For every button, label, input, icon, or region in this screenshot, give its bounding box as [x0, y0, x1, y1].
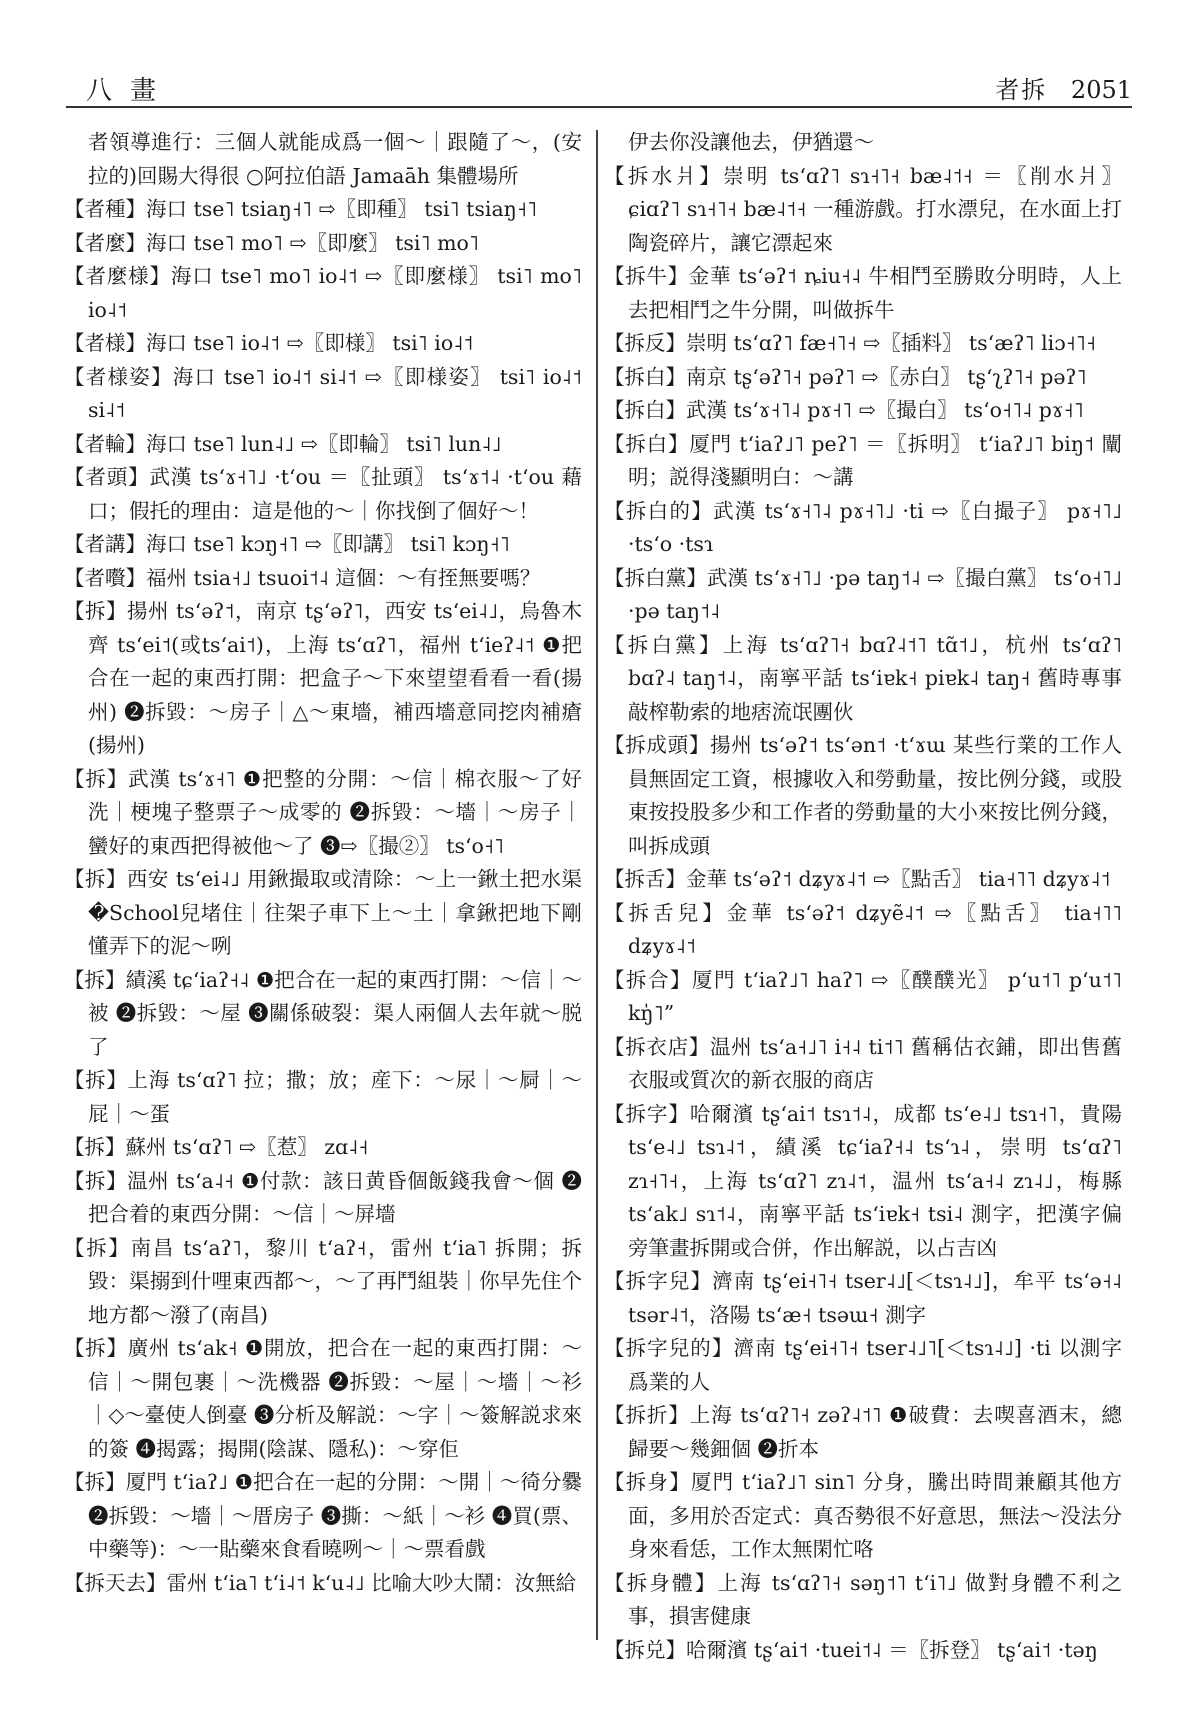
- entry-body: 哈爾濱 tʂʻai˦ ·tuei˦˨ ＝〖拆登〗 tʂʻai˦ ·təŋ: [686, 1638, 1098, 1662]
- dictionary-entry: 【拆衣店】温州 tsʻa˧˩˥ i˧˨ ti˦˥ 舊稱估衣鋪，即出售舊衣服或質次…: [604, 1031, 1122, 1098]
- entry-body: 廣州 tsʻak˧ ❶開放，把合在一起的東西打開：～信｜～開包裹｜～洗機器 ❷拆…: [88, 1336, 582, 1461]
- dictionary-entry: 【拆字兒】濟南 tʂʻei˧˥˧ tser˨˩[＜tsɿ˨˩]，牟平 tsʻə˧…: [604, 1265, 1122, 1332]
- entry-headword: 【拆白】: [604, 365, 686, 389]
- dictionary-entry: 【者頭】武漢 tsʻɤ˧˥˩ ·tʻou ＝〖扯頭〗 tsʻɤ˦˨ ·tʻou …: [64, 461, 582, 528]
- dictionary-entry: 【拆白黨】武漢 tsʻɤ˧˥˩ ·pə taŋ˦˨ ⇨〖撮白黨〗 tsʻo˧˥˩…: [604, 562, 1122, 629]
- headword-range: 者拆: [995, 76, 1047, 104]
- continuation-text: 者領導進行：三個人就能成爲一個～｜跟隨了～，(安拉的)回賜大得很 ○阿拉伯語 J…: [64, 126, 582, 193]
- dictionary-entry: 【拆舌兒】金華 tsʻəʔ˦ dʑyẽ˨˦ ⇨〖點舌〗 tia˧˥˥ dʑyɤ˨…: [604, 897, 1122, 964]
- dictionary-entry: 【拆身】厦門 tʻiaʔ˩˥ sin˥ 分身，騰出時間兼顧其他方面，多用於否定式…: [604, 1466, 1122, 1567]
- entry-headword: 【拆成頭】: [604, 733, 710, 757]
- entry-body: 績溪 tɕʻiaʔ˧˨ ❶把合在一起的東西打開：～信｜～被 ❷拆毀：～屋 ❸關係…: [88, 968, 582, 1059]
- dictionary-entry: 【者様】海口 tse˥ io˨˦ ⇨〖即様〗 tsi˥ io˨˦: [64, 327, 582, 361]
- entry-body: 福州 tsia˧˩ tsuoi˦˨ 這個：～有挃無要嗎？: [146, 566, 540, 590]
- entry-body: 海口 tse˥ lun˨˩ ⇨〖即輪〗 tsi˥ lun˨˩: [146, 432, 502, 456]
- entry-body: 崇明 tsʻɑʔ˥ fæ˧˥˧ ⇨〖插料〗 tsʻæʔ˥ liɔ˧˥˧: [686, 331, 1096, 355]
- dictionary-entry: 【拆】蘇州 tsʻɑʔ˥ ⇨〖惹〗 zɑ˨˧: [64, 1131, 582, 1165]
- entry-headword: 【拆】: [64, 1135, 126, 1159]
- dictionary-entry: 【拆白】武漢 tsʻɤ˧˥˨ pɤ˧˥ ⇨〖撮白〗 tsʻo˧˥˨ pɤ˧˥: [604, 394, 1122, 428]
- dictionary-entry: 【拆成頭】揚州 tsʻəʔ˦ tsʻən˦ ·tʻɤɯ 某些行業的工作人員無固定…: [604, 729, 1122, 863]
- entry-headword: 【拆】: [64, 767, 128, 791]
- entry-body: 雷州 tʻia˥ tʻi˨˦ kʻu˨˩ 比喻大吵大鬧：汝無給: [167, 1571, 577, 1595]
- entry-headword: 【者種】: [64, 197, 146, 221]
- dictionary-entry: 【拆字兒的】濟南 tʂʻei˧˥˧ tser˨˩˥[＜tsɿ˨˩] ·ti 以測…: [604, 1332, 1122, 1399]
- dictionary-entry: 【者輪】海口 tse˥ lun˨˩ ⇨〖即輪〗 tsi˥ lun˨˩: [64, 428, 582, 462]
- dictionary-entry: 【拆】南昌 tsʻaʔ˥，黎川 tʻaʔ˧，雷州 tʻia˥ 拆開；拆毀：渠搦到…: [64, 1232, 582, 1333]
- dictionary-entry: 【拆白的】武漢 tsʻɤ˧˥˨ pɤ˧˥˩ ·ti ⇨〖白撮子〗 pɤ˧˥˩ ·…: [604, 495, 1122, 562]
- dictionary-entry: 【拆身體】上海 tsʻɑʔ˥˧ səŋ˦˥ tʻi˥˩ 做對身體不利之事，損害健…: [604, 1567, 1122, 1634]
- entry-headword: 【拆】: [64, 1470, 126, 1494]
- entry-body: 上海 tsʻɑʔ˥˧ zəʔ˨˦˥ ❶破費：去喫喜酒末，總歸要～幾鈿個 ❷折本: [628, 1403, 1122, 1461]
- dictionary-entry: 【拆反】崇明 tsʻɑʔ˥ fæ˧˥˧ ⇨〖插料〗 tsʻæʔ˥ liɔ˧˥˧: [604, 327, 1122, 361]
- entry-headword: 【者嚽】: [64, 566, 146, 590]
- entry-headword: 【拆白】: [604, 432, 689, 456]
- entry-headword: 【拆身】: [604, 1470, 691, 1494]
- left-column: 者領導進行：三個人就能成爲一個～｜跟隨了～，(安拉的)回賜大得很 ○阿拉伯語 J…: [64, 126, 582, 1600]
- entry-headword: 【拆白】: [604, 398, 686, 422]
- entry-headword: 【拆】: [64, 599, 127, 623]
- running-head: 者拆 2051: [995, 70, 1132, 105]
- entry-headword: 【者輪】: [64, 432, 146, 456]
- entry-body: 武漢 tsʻɤ˧˥˨ pɤ˧˥ ⇨〖撮白〗 tsʻo˧˥˨ pɤ˧˥: [686, 398, 1084, 422]
- entry-headword: 【拆舌】: [604, 867, 686, 891]
- dictionary-entry: 【拆】温州 tsʻa˨˧ ❶付款：該日黄昏個飯錢我會～個 ❷把合着的東西分開：～…: [64, 1165, 582, 1232]
- entry-body: 南昌 tsʻaʔ˥，黎川 tʻaʔ˧，雷州 tʻia˥ 拆開；拆毀：渠搦到什哩東…: [88, 1236, 582, 1327]
- entry-headword: 【者様姿】: [64, 365, 173, 389]
- entry-body: 南京 tʂʻəʔ˥˧ pəʔ˥ ⇨〖赤白〗 tʂʻʅʔ˥˧ pəʔ˥: [686, 365, 1087, 389]
- entry-headword: 【拆水爿】: [604, 164, 723, 188]
- dictionary-entry: 【拆】廣州 tsʻak˧ ❶開放，把合在一起的東西打開：～信｜～開包裹｜～洗機器…: [64, 1332, 582, 1466]
- entry-headword: 【拆合】: [604, 968, 692, 992]
- dictionary-entry: 【拆白黨】上海 tsʻɑʔ˥˧ bɑʔ˨˦˥ tɑ̃˦˩，杭州 tsʻɑʔ˥ b…: [604, 629, 1122, 730]
- entry-body: 厦門 tʻiaʔ˩ ❶把合在一起的分開：～開｜～徛分爨 ❷拆毀：～墻｜～厝房子 …: [88, 1470, 582, 1561]
- entry-headword: 【拆折】: [604, 1403, 690, 1427]
- entry-body: 揚州 tsʻəʔ˦，南京 tʂʻəʔ˥，西安 tsʻei˨˩，烏魯木齊 tsʻe…: [88, 599, 582, 757]
- dictionary-entry: 【拆舌】金華 tsʻəʔ˦ dʑyɤ˨˦ ⇨〖點舌〗 tia˧˥˥ dʑyɤ˨˦: [604, 863, 1122, 897]
- section-title: 八畫: [86, 70, 174, 107]
- entry-body: 武漢 tsʻɤ˧˥ ❶把整的分開：～信｜棉衣服～了好洗｜梗塊子整票子～成零的 ❷…: [88, 767, 582, 858]
- entry-headword: 【拆反】: [604, 331, 686, 355]
- entry-headword: 【拆】: [64, 1169, 127, 1193]
- entry-body: 哈爾濱 tʂʻai˦ tsɿ˦˨，成都 tsʻe˨˩ tsɿ˧˥，貴陽 tsʻe…: [628, 1102, 1122, 1260]
- dictionary-entry: 【拆】績溪 tɕʻiaʔ˧˨ ❶把合在一起的東西打開：～信｜～被 ❷拆毀：～屋 …: [64, 964, 582, 1065]
- entry-body: 厦門 tʻiaʔ˩˥ haʔ˥ ⇨〖醭醭光〗 pʻu˦˥ pʻu˦˥ kŋ̍˥”: [628, 968, 1122, 1026]
- entry-headword: 【拆天去】: [64, 1571, 167, 1595]
- dictionary-entry: 【者麼】海口 tse˥ mo˥ ⇨〖即麼〗 tsi˥ mo˥: [64, 227, 582, 261]
- dictionary-entry: 【者嚽】福州 tsia˧˩ tsuoi˦˨ 這個：～有挃無要嗎？: [64, 562, 582, 596]
- page-header: 八畫 者拆 2051: [66, 66, 1132, 106]
- entry-body: 海口 tse˥ kɔŋ˧˥ ⇨〖即講〗 tsi˥ kɔŋ˧˥: [146, 532, 510, 556]
- dictionary-entry: 【拆】西安 tsʻei˨˩ 用鍬撮取或清除：～上一鍬土把水渠�School兒堵住…: [64, 863, 582, 964]
- entry-headword: 【拆】: [64, 968, 126, 992]
- entry-headword: 【拆】: [64, 1068, 128, 1092]
- dictionary-entry: 【拆天去】雷州 tʻia˥ tʻi˨˦ kʻu˨˩ 比喻大吵大鬧：汝無給: [64, 1567, 582, 1601]
- entry-headword: 【拆字兒的】: [604, 1336, 733, 1360]
- entry-headword: 【者様】: [64, 331, 146, 355]
- entry-headword: 【拆白黨】: [604, 566, 707, 590]
- dictionary-entry: 【拆字】哈爾濱 tʂʻai˦ tsɿ˦˨，成都 tsʻe˨˩ tsɿ˧˥，貴陽 …: [604, 1098, 1122, 1266]
- entry-body: 蘇州 tsʻɑʔ˥ ⇨〖惹〗 zɑ˨˧: [126, 1135, 369, 1159]
- entry-body: 海口 tse˥ mo˥ ⇨〖即麼〗 tsi˥ mo˥: [146, 231, 479, 255]
- page-number: 2051: [1071, 76, 1132, 104]
- entry-headword: 【拆牛】: [604, 264, 689, 288]
- dictionary-entry: 【拆】厦門 tʻiaʔ˩ ❶把合在一起的分開：～開｜～徛分爨 ❷拆毀：～墻｜～厝…: [64, 1466, 582, 1567]
- entry-headword: 【拆】: [64, 1236, 131, 1260]
- dictionary-entry: 【拆白】南京 tʂʻəʔ˥˧ pəʔ˥ ⇨〖赤白〗 tʂʻʅʔ˥˧ pəʔ˥: [604, 361, 1122, 395]
- right-column: 伊去你没讓他去，伊猶還～ 【拆水爿】崇明 tsʻɑʔ˥ sɿ˧˥˧ bæ˨˦˧ …: [604, 126, 1122, 1667]
- header-rule: [66, 106, 1132, 108]
- entry-headword: 【拆字兒】: [604, 1269, 712, 1293]
- entry-headword: 【拆】: [64, 1336, 128, 1360]
- entry-body: 厦門 tʻiaʔ˩˥ peʔ˥ ＝〖拆明〗 tʻiaʔ˩˥ biŋ˦ 闡明；説得…: [628, 432, 1122, 490]
- entry-headword: 【拆衣店】: [604, 1035, 710, 1059]
- entry-headword: 【者麼様】: [64, 264, 171, 288]
- continuation-text: 伊去你没讓他去，伊猶還～: [604, 126, 1122, 160]
- column-divider: [596, 130, 598, 1640]
- entry-body: 武漢 tsʻɤ˧˥˩ ·tʻou ＝〖扯頭〗 tsʻɤ˦˨ ·tʻou 藉口；假…: [88, 465, 582, 523]
- entry-headword: 【拆字】: [604, 1102, 690, 1126]
- entry-body: 海口 tse˥ io˨˦ ⇨〖即様〗 tsi˥ io˨˦: [146, 331, 473, 355]
- dictionary-entry: 【者様姿】海口 tse˥ io˨˦ si˨˦ ⇨〖即様姿〗 tsi˥ io˨˦ …: [64, 361, 582, 428]
- entry-body: 温州 tsʻa˨˧ ❶付款：該日黄昏個飯錢我會～個 ❷把合着的東西分開：～信｜～…: [88, 1169, 582, 1227]
- entry-body: 海口 tse˥ tsiaŋ˧˥ ⇨〖即種〗 tsi˥ tsiaŋ˧˥: [146, 197, 537, 221]
- dictionary-entry: 【拆折】上海 tsʻɑʔ˥˧ zəʔ˨˦˥ ❶破費：去喫喜酒末，總歸要～幾鈿個 …: [604, 1399, 1122, 1466]
- entry-headword: 【拆】: [64, 867, 127, 891]
- dictionary-entry: 【拆】上海 tsʻɑʔ˥ 拉；撒；放；産下：～尿｜～屙｜～屁｜～蛋: [64, 1064, 582, 1131]
- dictionary-entry: 【者講】海口 tse˥ kɔŋ˧˥ ⇨〖即講〗 tsi˥ kɔŋ˧˥: [64, 528, 582, 562]
- entry-body: 西安 tsʻei˨˩ 用鍬撮取或清除：～上一鍬土把水渠�School兒堵住｜往架…: [88, 867, 582, 958]
- dictionary-entry: 【拆水爿】崇明 tsʻɑʔ˥ sɿ˧˥˧ bæ˨˦˧ ＝〖削水爿〗 ɕiɑʔ˥ …: [604, 160, 1122, 261]
- dictionary-entry: 【拆白】厦門 tʻiaʔ˩˥ peʔ˥ ＝〖拆明〗 tʻiaʔ˩˥ biŋ˦ 闡…: [604, 428, 1122, 495]
- dictionary-entry: 【者麼様】海口 tse˥ mo˥ io˨˦ ⇨〖即麼様〗 tsi˥ mo˥ io…: [64, 260, 582, 327]
- dictionary-entry: 【拆兑】哈爾濱 tʂʻai˦ ·tuei˦˨ ＝〖拆登〗 tʂʻai˦ ·təŋ: [604, 1634, 1122, 1668]
- entry-headword: 【拆兑】: [604, 1638, 686, 1662]
- entry-headword: 【者頭】: [64, 465, 150, 489]
- entry-headword: 【拆身體】: [604, 1571, 718, 1595]
- entry-body: 金華 tsʻəʔ˦ ȵiu˧˨ 牛相鬥至勝敗分明時，人上去把相鬥之牛分開，叫做拆…: [628, 264, 1122, 322]
- entry-headword: 【者講】: [64, 532, 146, 556]
- entry-headword: 【者麼】: [64, 231, 146, 255]
- entry-body: 金華 tsʻəʔ˦ dʑyɤ˨˦ ⇨〖點舌〗 tia˧˥˥ dʑyɤ˨˦: [686, 867, 1111, 891]
- entry-headword: 【拆舌兒】: [604, 901, 727, 925]
- dictionary-entry: 【拆牛】金華 tsʻəʔ˦ ȵiu˧˨ 牛相鬥至勝敗分明時，人上去把相鬥之牛分開…: [604, 260, 1122, 327]
- dictionary-entry: 【者種】海口 tse˥ tsiaŋ˧˥ ⇨〖即種〗 tsi˥ tsiaŋ˧˥: [64, 193, 582, 227]
- entry-headword: 【拆白的】: [604, 499, 713, 523]
- entry-headword: 【拆白黨】: [604, 633, 723, 657]
- entry-body: 厦門 tʻiaʔ˩˥ sin˥ 分身，騰出時間兼顧其他方面，多用於否定式：真否勢…: [628, 1470, 1122, 1561]
- dictionary-entry: 【拆】揚州 tsʻəʔ˦，南京 tʂʻəʔ˥，西安 tsʻei˨˩，烏魯木齊 t…: [64, 595, 582, 763]
- dictionary-entry: 【拆合】厦門 tʻiaʔ˩˥ haʔ˥ ⇨〖醭醭光〗 pʻu˦˥ pʻu˦˥ k…: [604, 964, 1122, 1031]
- dictionary-entry: 【拆】武漢 tsʻɤ˧˥ ❶把整的分開：～信｜棉衣服～了好洗｜梗塊子整票子～成零…: [64, 763, 582, 864]
- entry-body: 上海 tsʻɑʔ˥ 拉；撒；放；産下：～尿｜～屙｜～屁｜～蛋: [88, 1068, 582, 1126]
